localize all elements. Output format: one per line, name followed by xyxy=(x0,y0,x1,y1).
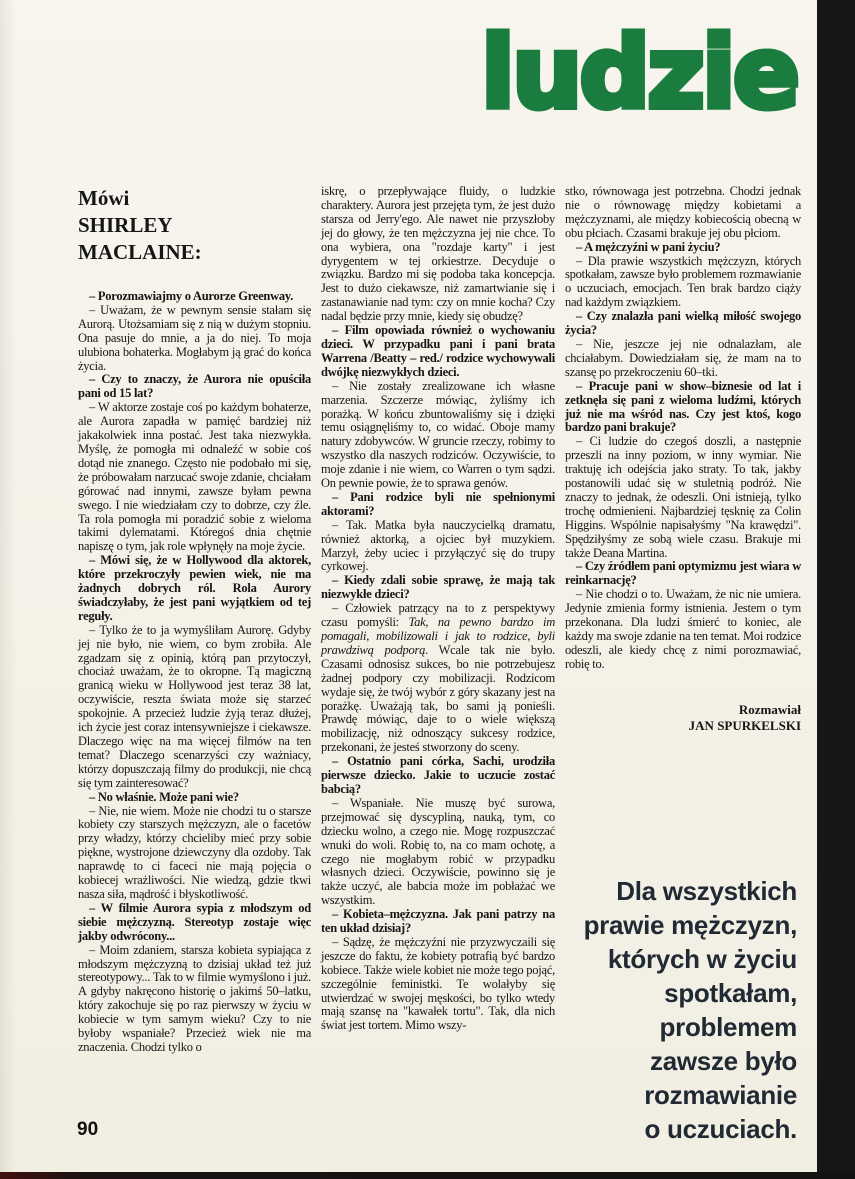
question-paragraph: – Porozmawiajmy o Aurorze Greenway. xyxy=(78,290,311,304)
answer-paragraph: – Nie, jeszcze jej nie odnalazłam, ale c… xyxy=(565,338,801,380)
speaker-heading-line: SHIRLEY xyxy=(78,212,311,239)
answer-paragraph: – Moim zdaniem, starsza kobieta sypiając… xyxy=(78,944,311,1055)
question-paragraph: – Film opowiada również o wychowaniu dzi… xyxy=(321,324,555,380)
answer-paragraph: – Tylko że to ja wymyśliłam Aurorę. Gdyb… xyxy=(78,624,311,791)
question-paragraph: – Kiedy zdali sobie sprawę, że mają tak … xyxy=(321,574,555,602)
column-1: Mówi SHIRLEY MACLAINE: – Porozmawiajmy o… xyxy=(78,185,311,1055)
scan-left-shadow xyxy=(0,0,16,1179)
answer-paragraph: stko, równowaga jest potrzebna. Chodzi j… xyxy=(565,185,801,241)
question-paragraph: – Ostatnio pani córka, Sachi, urodziła p… xyxy=(321,755,555,797)
byline-name: JAN SPURKELSKI xyxy=(565,718,801,735)
speaker-heading-line: MACLAINE: xyxy=(78,239,311,266)
pull-quote: Dla wszystkichprawie mężczyzn,których w … xyxy=(572,874,797,1146)
answer-paragraph: – Sądzę, że mężczyźni nie przyzwyczaili … xyxy=(321,936,555,1033)
speaker-heading: Mówi SHIRLEY MACLAINE: xyxy=(78,185,311,266)
section-title: ludzie xyxy=(481,24,797,123)
pull-quote-line: o uczuciach. xyxy=(572,1112,797,1146)
column-3-text: stko, równowaga jest potrzebna. Chodzi j… xyxy=(565,185,801,672)
pull-quote-line: prawie mężczyzn, xyxy=(572,908,797,942)
answer-paragraph: – W aktorze zostaje coś po każdym bohate… xyxy=(78,401,311,554)
page-bottom-strip xyxy=(0,1172,855,1179)
answer-paragraph: – Człowiek patrzący na to z perspektywy … xyxy=(321,602,555,755)
question-paragraph: – A mężczyźni w pani życiu? xyxy=(565,241,801,255)
question-paragraph: – No właśnie. Może pani wie? xyxy=(78,791,311,805)
question-paragraph: – Czy to znaczy, że Aurora nie opuściła … xyxy=(78,373,311,401)
answer-paragraph: – Wspaniałe. Nie muszę być surowa, przej… xyxy=(321,797,555,908)
speaker-heading-line: Mówi xyxy=(78,185,311,212)
byline: Rozmawiał JAN SPURKELSKI xyxy=(565,702,801,735)
question-paragraph: – Czy źródłem pani optymizmu jest wiara … xyxy=(565,560,801,588)
magazine-page: { "page": { "section_title": "ludzie", "… xyxy=(0,0,855,1179)
byline-label: Rozmawiał xyxy=(565,702,801,719)
column-1-text: – Porozmawiajmy o Aurorze Greenway.– Uwa… xyxy=(78,290,311,1055)
question-paragraph: – Czy znalazła pani wielką miłość swojeg… xyxy=(565,310,801,338)
column-2-text: iskrę, o przepływające fluidy, o ludzkie… xyxy=(321,185,555,1033)
question-paragraph: – Pani rodzice byli nie spełnionymi akto… xyxy=(321,491,555,519)
answer-paragraph: – Nie zostały zrealizowane ich własne ma… xyxy=(321,380,555,491)
question-paragraph: – W filmie Aurora sypia z młodszym od si… xyxy=(78,902,311,944)
pull-quote-line: których w życiu xyxy=(572,942,797,976)
answer-paragraph: – Nie chodzi o to. Uważam, że nic nie um… xyxy=(565,588,801,671)
question-paragraph: – Mówi się, że w Hollywood dla aktorek, … xyxy=(78,554,311,624)
pull-quote-line: zawsze było xyxy=(572,1044,797,1078)
question-paragraph: – Pracuje pani w show–biznesie od lat i … xyxy=(565,380,801,436)
answer-paragraph: – Tak. Matka była nauczycielką dramatu, … xyxy=(321,519,555,575)
column-2: iskrę, o przepływające fluidy, o ludzkie… xyxy=(321,185,555,1033)
pull-quote-line: spotkałam, xyxy=(572,976,797,1010)
question-paragraph: – Kobieta–mężczyzna. Jak pani patrzy na … xyxy=(321,908,555,936)
answer-paragraph: – Ci ludzie do czegoś doszli, a następni… xyxy=(565,435,801,560)
answer-paragraph: iskrę, o przepływające fluidy, o ludzkie… xyxy=(321,185,555,324)
column-3: stko, równowaga jest potrzebna. Chodzi j… xyxy=(565,185,801,735)
answer-paragraph: – Uważam, że w pewnym sensie stałam się … xyxy=(78,304,311,374)
page-edge-bar xyxy=(817,0,855,1179)
pull-quote-line: problemem xyxy=(572,1010,797,1044)
page-number: 90 xyxy=(77,1119,98,1141)
answer-paragraph: – Nie, nie wiem. Może nie chodzi tu o st… xyxy=(78,805,311,902)
answer-paragraph: – Dla prawie wszystkich mężczyzn, któryc… xyxy=(565,255,801,311)
pull-quote-line: Dla wszystkich xyxy=(572,874,797,908)
pull-quote-line: rozmawianie xyxy=(572,1078,797,1112)
